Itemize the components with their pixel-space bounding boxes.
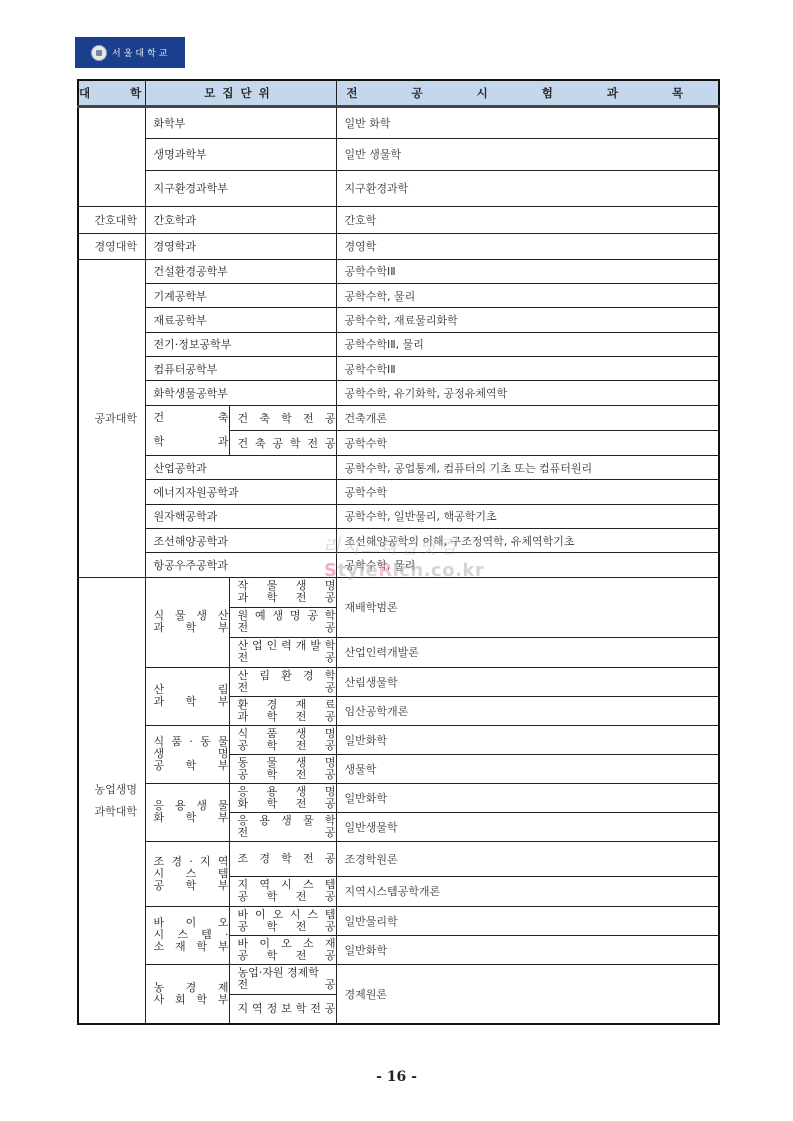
cell-line: 환경재료	[238, 699, 336, 711]
table-row: 건축학과건축학전공건축개론	[78, 405, 719, 430]
table-row: 화학생물공학부공학수학, 유기화학, 공정유체역학	[78, 381, 719, 405]
unit-cell: 식품·동물생명공학부	[145, 725, 229, 783]
cell-line: 전공	[238, 827, 336, 839]
cell-line: 바이오	[154, 917, 229, 929]
cell-line: 과학부	[154, 696, 229, 708]
cell-line: 조경학전공	[238, 853, 336, 865]
unit-cell: 재료공학부	[145, 308, 336, 332]
cell-line: 응용생물학	[238, 815, 336, 827]
subject-cell: 경영학	[336, 233, 719, 259]
subject-cell: 공학수학, 물리	[336, 553, 719, 577]
major-cell: 농업·자원 경제학전공	[229, 964, 336, 994]
major-cell: 지역정보학전공	[229, 994, 336, 1024]
subject-cell: 지역시스템공학개론	[336, 876, 719, 906]
college-cell: 간호대학	[78, 206, 145, 233]
table-row: 간호대학간호학과간호학	[78, 206, 719, 233]
unit-cell: 식물생산과학부	[145, 577, 229, 667]
major-cell: 조경학전공	[229, 841, 336, 876]
subject-cell: 공학수학ⅠⅡ, 물리	[336, 332, 719, 356]
subject-cell: 공학수학, 물리	[336, 283, 719, 307]
unit-cell: 컴퓨터공학부	[145, 357, 336, 381]
major-cell: 바이오소재공학전공	[229, 935, 336, 964]
table-row: 산림과학부산림환경학전공산림생물학	[78, 667, 719, 696]
cell-line: 전공	[238, 682, 336, 694]
table-row: 경영대학경영학과경영학	[78, 233, 719, 259]
cell-line: 전공	[238, 652, 336, 664]
cell-line: 동물생명	[238, 757, 336, 769]
exam-subjects-table: 대 학 모집단위 전 공 시 험 과 목 화학부일반 화학생명과학부일반 생물학…	[77, 79, 720, 1025]
table-row: 조선해양공학과조선해양공학의 이해, 구조정역학, 유체역학기초	[78, 529, 719, 553]
table-row: 에너지자원공학과공학수학	[78, 480, 719, 504]
table-row: 항공우주공학과공학수학, 물리	[78, 553, 719, 577]
cell-line: 농업·자원 경제학	[238, 967, 336, 979]
subject-cell: 공학수학, 일반물리, 핵공학기초	[336, 504, 719, 528]
logo-text: 서울대학교	[112, 46, 170, 59]
subject-cell: 공학수학, 유기화학, 공정유체역학	[336, 381, 719, 405]
college-cell: 경영대학	[78, 233, 145, 259]
table-row: 전기·정보공학부공학수학ⅠⅡ, 물리	[78, 332, 719, 356]
table-row: 지구환경과학부지구환경과학	[78, 170, 719, 206]
subject-cell: 지구환경과학	[336, 170, 719, 206]
subject-cell: 공학수학, 공업통계, 컴퓨터의 기초 또는 컴퓨터원리	[336, 455, 719, 479]
unit-cell: 지구환경과학부	[145, 170, 336, 206]
cell-line: 과학전공	[238, 711, 336, 723]
major-cell: 지역시스템공학전공	[229, 876, 336, 906]
table-row: 원자핵공학과공학수학, 일반물리, 핵공학기초	[78, 504, 719, 528]
subject-cell: 재배학범론	[336, 577, 719, 637]
cell-line: 원예생명공학	[238, 610, 336, 622]
unit-cell: 간호학과	[145, 206, 336, 233]
unit-cell: 기계공학부	[145, 283, 336, 307]
table-row: 공과대학건설환경공학부공학수학ⅠⅡ	[78, 259, 719, 283]
cell-line: 산업인력개발학	[238, 640, 336, 652]
cell-line: 작물생명	[238, 580, 336, 592]
subject-cell: 일반화학	[336, 783, 719, 812]
cell-line: 소재학부	[154, 941, 229, 953]
header-unit: 모집단위	[145, 80, 336, 106]
table-row: 식품·동물생명공학부식품생명공학전공일반화학	[78, 725, 719, 754]
unit-cell: 산림과학부	[145, 667, 229, 725]
major-cell: 건축공학전공	[229, 430, 336, 455]
subject-cell: 일반물리학	[336, 906, 719, 935]
cell-line: 공학부	[154, 760, 229, 772]
unit-cell: 항공우주공학과	[145, 553, 336, 577]
subject-cell: 조선해양공학의 이해, 구조정역학, 유체역학기초	[336, 529, 719, 553]
unit-cell: 경영학과	[145, 233, 336, 259]
table-row: 농업생명과학대학식물생산과학부작물생명과학전공재배학범론	[78, 577, 719, 607]
cell-line: 공학부	[154, 880, 229, 892]
table-row: 재료공학부공학수학, 재료물리화학	[78, 308, 719, 332]
header-subject: 전 공 시 험 과 목	[336, 80, 719, 106]
table-row: 화학부일반 화학	[78, 106, 719, 138]
cell-line: 화학전공	[238, 798, 336, 810]
major-cell: 작물생명과학전공	[229, 577, 336, 607]
subject-cell: 산림생물학	[336, 667, 719, 696]
major-cell: 동물생명공학전공	[229, 754, 336, 783]
major-cell: 식품생명공학전공	[229, 725, 336, 754]
subject-cell: 간호학	[336, 206, 719, 233]
subject-cell: 일반화학	[336, 725, 719, 754]
cell-line: 전공	[238, 622, 336, 634]
cell-line: 공학전공	[238, 740, 336, 752]
college-cell-agriculture: 농업생명과학대학	[78, 577, 145, 1024]
subject-cell: 공학수학, 재료물리화학	[336, 308, 719, 332]
table-row: 컴퓨터공학부공학수학ⅠⅡ	[78, 357, 719, 381]
subject-cell: 조경학원론	[336, 841, 719, 876]
unit-cell: 에너지자원공학과	[145, 480, 336, 504]
table-row: 조경·지역시스템공학부조경학전공조경학원론	[78, 841, 719, 876]
university-emblem-icon	[91, 45, 107, 61]
unit-cell: 화학생물공학부	[145, 381, 336, 405]
cell-line: 공학전공	[238, 891, 336, 903]
major-cell: 응용생명화학전공	[229, 783, 336, 812]
college-cell-blank	[78, 106, 145, 206]
unit-cell: 산업공학과	[145, 455, 336, 479]
unit-cell: 원자핵공학과	[145, 504, 336, 528]
subject-cell: 일반 화학	[336, 106, 719, 138]
unit-cell: 전기·정보공학부	[145, 332, 336, 356]
university-logo: 서울대학교	[75, 37, 185, 68]
cell-line: 식품생명	[238, 728, 336, 740]
cell-line: 과학부	[154, 622, 229, 634]
subject-cell: 임산공학개론	[336, 696, 719, 725]
unit-cell: 농경제사회학부	[145, 964, 229, 1024]
unit-cell: 건설환경공학부	[145, 259, 336, 283]
unit-cell: 화학부	[145, 106, 336, 138]
table-row: 기계공학부공학수학, 물리	[78, 283, 719, 307]
cell-line: 산림환경학	[238, 670, 336, 682]
table-row: 바이오시스템·소재학부바이오시스템공학전공일반물리학	[78, 906, 719, 935]
table-row: 응용생물화학부응용생명화학전공일반화학	[78, 783, 719, 812]
cell-line: 지역시스템	[238, 879, 336, 891]
cell-line: 바이오시스템	[238, 909, 336, 921]
cell-line: 응용생명	[238, 786, 336, 798]
unit-cell: 생명과학부	[145, 138, 336, 170]
unit-cell: 바이오시스템·소재학부	[145, 906, 229, 964]
major-cell: 바이오시스템공학전공	[229, 906, 336, 935]
cell-line: 공학전공	[238, 921, 336, 933]
subject-cell: 공학수학ⅠⅡ	[336, 357, 719, 381]
subject-cell: 일반 생물학	[336, 138, 719, 170]
cell-line: 사회학부	[154, 994, 229, 1006]
table-row: 산업공학과공학수학, 공업통계, 컴퓨터의 기초 또는 컴퓨터원리	[78, 455, 719, 479]
page-number: - 16 -	[0, 1069, 793, 1085]
major-cell: 응용생물학전공	[229, 812, 336, 841]
subject-cell: 생물학	[336, 754, 719, 783]
table-row: 농경제사회학부농업·자원 경제학전공경제원론	[78, 964, 719, 994]
major-cell: 산업인력개발학전공	[229, 637, 336, 667]
cell-line: 지역정보학전공	[238, 1003, 336, 1015]
major-cell: 원예생명공학전공	[229, 607, 336, 637]
cell-line: 화학부	[154, 812, 229, 824]
major-cell: 산림환경학전공	[229, 667, 336, 696]
subject-cell: 산업인력개발론	[336, 637, 719, 667]
cell-line: 시스템	[154, 868, 229, 880]
unit-cell: 응용생물화학부	[145, 783, 229, 841]
unit-cell: 조선해양공학과	[145, 529, 336, 553]
subject-cell: 공학수학	[336, 480, 719, 504]
cell-line: 바이오소재	[238, 938, 336, 950]
cell-line: 공학전공	[238, 950, 336, 962]
subject-cell: 건축개론	[336, 405, 719, 430]
table-row: 생명과학부일반 생물학	[78, 138, 719, 170]
unit-cell: 조경·지역시스템공학부	[145, 841, 229, 906]
cell-line: 공학전공	[238, 769, 336, 781]
unit-cell-architecture: 건축학과	[145, 405, 229, 455]
subject-cell: 일반화학	[336, 935, 719, 964]
subject-cell: 공학수학ⅠⅡ	[336, 259, 719, 283]
cell-line: 전공	[238, 979, 336, 991]
cell-line: 과학전공	[238, 592, 336, 604]
header-college: 대 학	[78, 80, 145, 106]
subject-cell: 경제원론	[336, 964, 719, 1024]
table-header-row: 대 학 모집단위 전 공 시 험 과 목	[78, 80, 719, 106]
subject-cell: 공학수학	[336, 430, 719, 455]
major-cell: 환경재료과학전공	[229, 696, 336, 725]
major-cell: 건축학전공	[229, 405, 336, 430]
college-cell: 공과대학	[78, 259, 145, 577]
subject-cell: 일반생물학	[336, 812, 719, 841]
cell-line: 조경·지역	[154, 856, 229, 868]
